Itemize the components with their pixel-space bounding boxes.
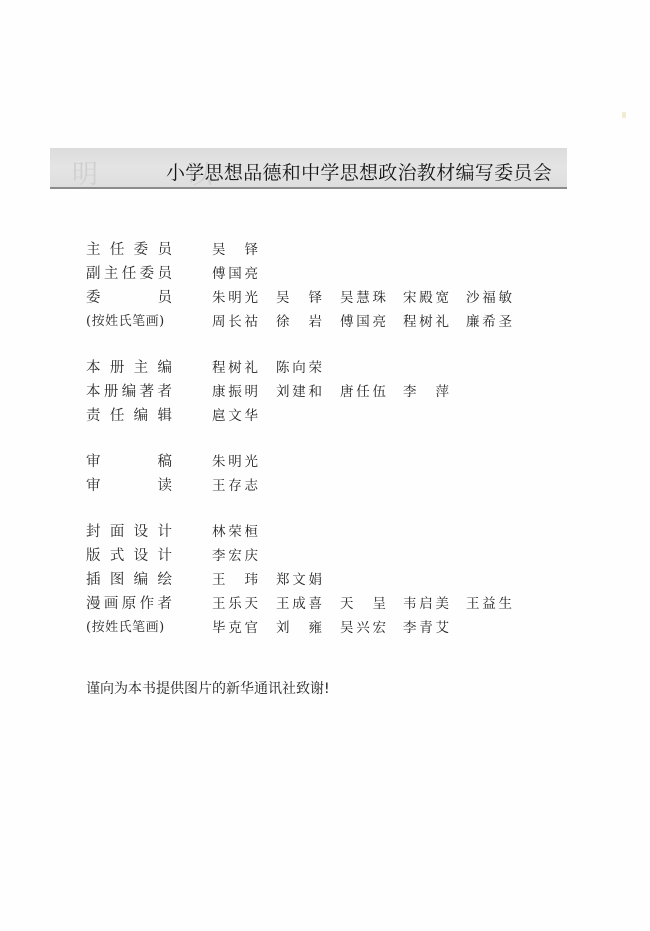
person-name: 王存志 xyxy=(212,474,258,498)
role-label: 主任委员 xyxy=(86,238,172,262)
person-name: 李 萍 xyxy=(403,380,449,404)
person-name: 王乐天 xyxy=(212,592,258,616)
person-name: 吴兴宏 xyxy=(340,616,386,640)
person-name: 程树礼 xyxy=(212,356,258,380)
person-name: 吴 铎 xyxy=(212,238,258,262)
person-name: 吴慧珠 xyxy=(340,286,386,310)
person-name: 宋殿宽 xyxy=(403,286,449,310)
person-name: 郑文娟 xyxy=(276,568,322,592)
role-label: 副主任委员 xyxy=(86,262,172,286)
person-name: 天 呈 xyxy=(340,592,386,616)
person-name: 王 玮 xyxy=(212,568,258,592)
header-band: 明 以 小学思想品德和中学思想政治教材编写委员会 xyxy=(50,148,567,189)
role-label: 审读 xyxy=(86,474,172,498)
person-name: 沙福敏 xyxy=(466,286,512,310)
person-name: 刘 雍 xyxy=(276,616,322,640)
person-name: 康振明 xyxy=(212,380,258,404)
person-name: 李青艾 xyxy=(403,616,449,640)
page-title: 小学思想品德和中学思想政治教材编写委员会 xyxy=(166,158,552,185)
person-name: 徐 岩 xyxy=(276,310,322,334)
person-name: 王成喜 xyxy=(276,592,322,616)
role-label: 责任编辑 xyxy=(86,404,172,428)
person-name: 廉希圣 xyxy=(466,310,512,334)
person-name: 傅国亮 xyxy=(340,310,386,334)
role-label: 漫画原作者 xyxy=(86,592,172,616)
person-name: 刘建和 xyxy=(276,380,322,404)
person-name: 唐任伍 xyxy=(340,380,386,404)
role-label: 本册主编 xyxy=(86,356,172,380)
role-label: 插图编绘 xyxy=(86,568,172,592)
person-name: 陈向荣 xyxy=(276,356,322,380)
person-name: 王益生 xyxy=(466,592,512,616)
acknowledgement-text: 谨向为本书提供图片的新华通讯社致谢! xyxy=(86,678,330,698)
person-name: 周长祜 xyxy=(212,310,258,334)
person-name: 韦启美 xyxy=(403,592,449,616)
person-name: 林荣桓 xyxy=(212,520,258,544)
person-name: 朱明光 xyxy=(212,286,258,310)
role-note: (按姓氏笔画) xyxy=(86,616,172,640)
role-label: 审稿 xyxy=(86,450,172,474)
person-name: 吴 铎 xyxy=(276,286,322,310)
role-note: (按姓氏笔画) xyxy=(86,310,172,334)
role-label: 委员 xyxy=(86,286,172,310)
paper-speck xyxy=(622,112,626,118)
person-name: 扈文华 xyxy=(212,404,258,428)
role-label: 版式设计 xyxy=(86,544,172,568)
person-name: 程树礼 xyxy=(403,310,449,334)
person-name: 傅国亮 xyxy=(212,262,258,286)
person-name: 朱明光 xyxy=(212,450,258,474)
credits-page: 明 以 小学思想品德和中学思想政治教材编写委员会 主任委员 吴 铎 副主任委员 … xyxy=(0,0,650,931)
person-name: 毕克官 xyxy=(212,616,258,640)
role-label: 本册编著者 xyxy=(86,380,172,404)
person-name: 李宏庆 xyxy=(212,544,258,568)
role-label: 封面设计 xyxy=(86,520,172,544)
